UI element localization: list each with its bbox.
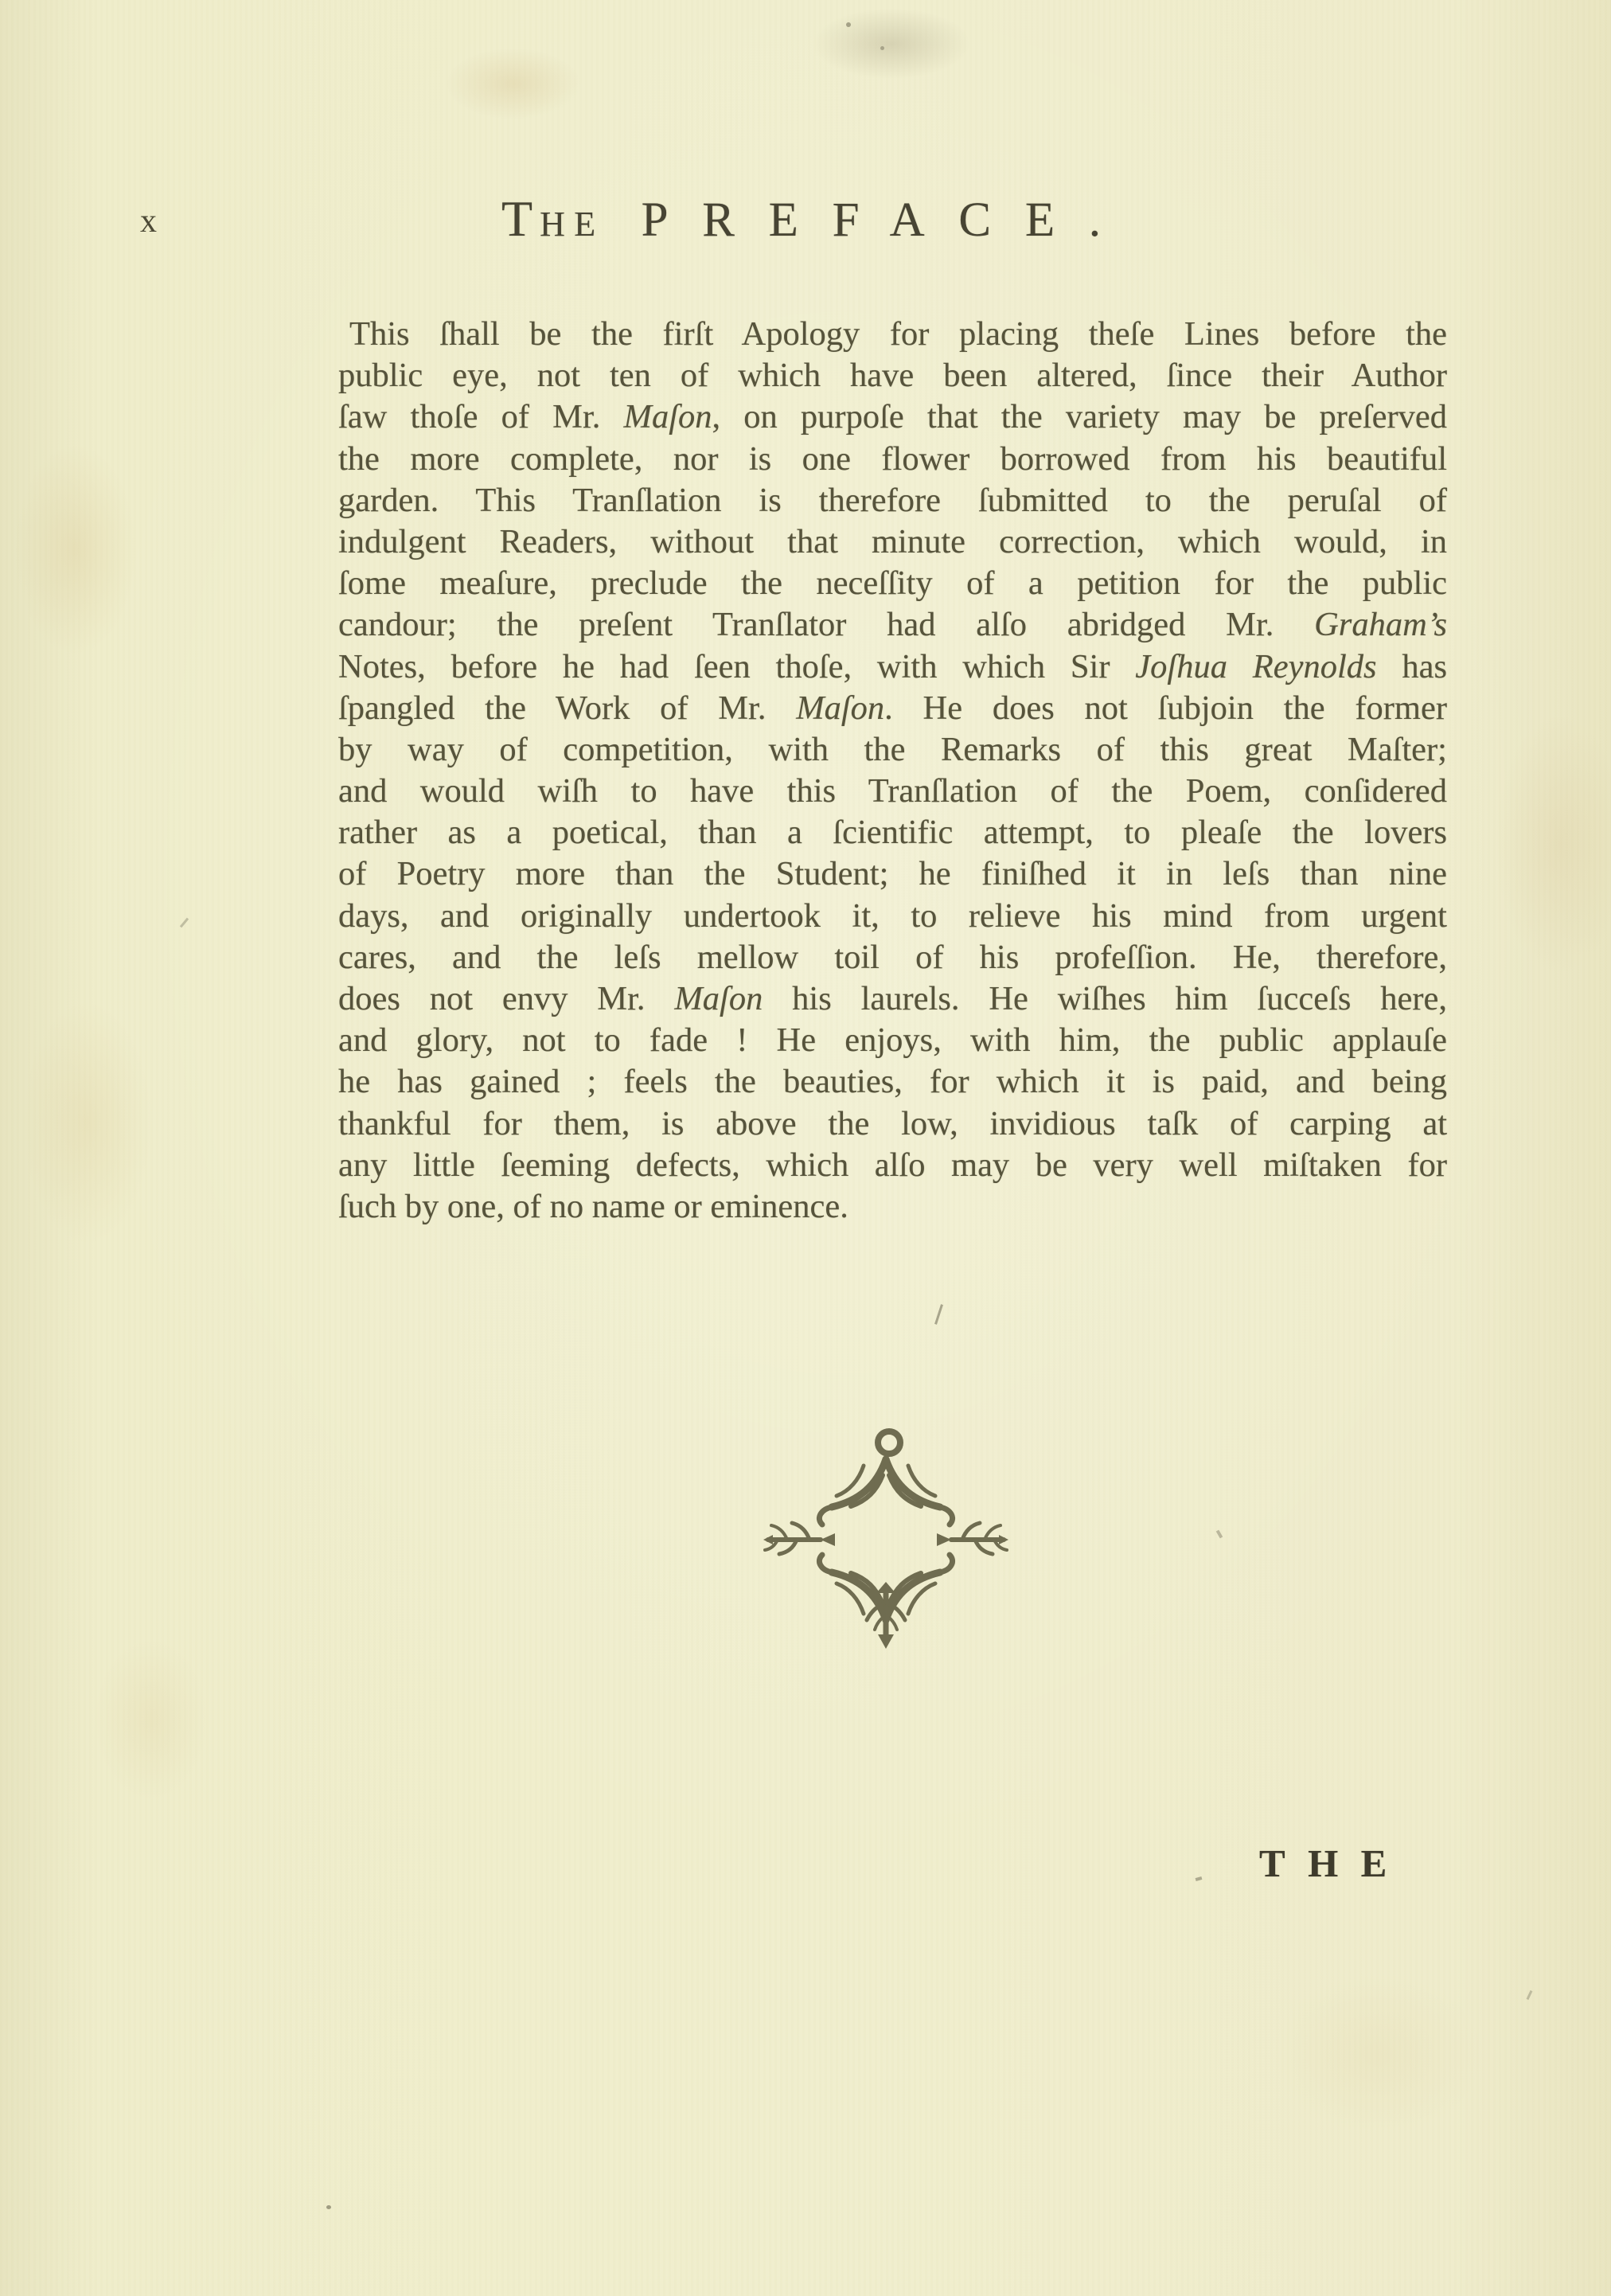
paragraph-line: by way of competition, with the Remarks …: [338, 729, 1447, 771]
text: public eye, not ten of which have been a…: [338, 357, 1447, 394]
fleuron-ornament-icon: [755, 1425, 1017, 1656]
paragraph-line: does not envy Mr. Maſon his laurels. He …: [338, 978, 1447, 1020]
text: by way of competition, with the Remarks …: [338, 731, 1447, 768]
italic-text: Maſon: [624, 398, 712, 435]
stain: [1496, 717, 1611, 971]
text: days, and originally undertook it, to re…: [338, 897, 1447, 935]
text: This ſhall be the firſt Apology for plac…: [349, 315, 1447, 353]
stain: [446, 48, 581, 119]
page-title: THEPREFACE.: [501, 189, 1135, 248]
paragraph-line: and would wiſh to have this Tranſlation …: [338, 771, 1447, 812]
text: any little ſeeming defects, which alſo m…: [338, 1146, 1447, 1184]
italic-text: Graham’s: [1314, 606, 1447, 643]
paragraph-line: any little ſeeming defects, which alſo m…: [338, 1145, 1447, 1186]
paragraph-line: rather as a poetical, than a ſcientific …: [338, 812, 1447, 853]
paragraph-line: Notes, before he had ſeen thoſe, with wh…: [338, 646, 1447, 688]
speck: [1216, 1530, 1223, 1539]
stain: [96, 1640, 207, 1799]
paragraph-line: ſuch by one, of no name or eminence.: [338, 1186, 1447, 1228]
speck: [1527, 1990, 1533, 2000]
text: ſpangled the Work of Mr.: [338, 689, 796, 727]
preface-paragraph: This ſhall be the firſt Apology for plac…: [338, 314, 1447, 1228]
book-page: x THEPREFACE. This ſhall be the firſt Ap…: [0, 0, 1611, 2296]
speck: [1196, 1876, 1203, 1881]
title-the-initial: T: [501, 190, 540, 247]
text: . He does not ſubjoin the former: [884, 689, 1447, 727]
title-preface: PREFACE.: [642, 193, 1135, 247]
paragraph-line: garden. This Tranſlation is therefore ſu…: [338, 480, 1447, 521]
italic-text: Maſon: [796, 689, 884, 727]
speck: [326, 2205, 331, 2209]
text: candour; the preſent Tranſlator had alſo…: [338, 606, 1314, 643]
stain: [1274, 1974, 1480, 2134]
text: ſaw thoſe of Mr.: [338, 398, 624, 435]
text: does not envy Mr.: [338, 980, 674, 1017]
text: indulgent Readers, without that minute c…: [338, 523, 1447, 560]
paragraph-line: he has gained ; feels the beauties, for …: [338, 1061, 1447, 1103]
page-number: x: [140, 202, 158, 240]
text: ſuch by one, of no name or eminence.: [338, 1188, 848, 1225]
text: thankful for them, is above the low, inv…: [338, 1105, 1447, 1142]
paragraph-line: indulgent Readers, without that minute c…: [338, 521, 1447, 563]
stain: [24, 1003, 151, 1242]
catchword: THE: [1259, 1841, 1410, 1886]
paragraph-line: This ſhall be the firſt Apology for plac…: [338, 314, 1447, 355]
text: his laurels. He wiſhes him ſucceſs here,: [763, 980, 1447, 1017]
paragraph-line: thankful for them, is above the low, inv…: [338, 1103, 1447, 1145]
title-the-rest: HE: [540, 205, 605, 244]
paragraph-line: ſpangled the Work of Mr. Maſon. He does …: [338, 688, 1447, 729]
speck: [934, 1304, 943, 1325]
paragraph-line: ſaw thoſe of Mr. Maſon, on purpoſe that …: [338, 396, 1447, 438]
text: cares, and the leſs mellow toil of his p…: [338, 939, 1447, 976]
text: of Poetry more than the Student; he fini…: [338, 855, 1447, 892]
text: has: [1377, 648, 1447, 685]
paragraph-line: the more complete, nor is one flower bor…: [338, 439, 1447, 480]
italic-text: Joſhua Reynolds: [1135, 648, 1376, 685]
text: rather as a poetical, than a ſcientific …: [338, 814, 1447, 851]
speck: [880, 46, 884, 50]
text: and glory, not to fade ! He enjoys, with…: [338, 1021, 1447, 1059]
paragraph-line: days, and originally undertook it, to re…: [338, 896, 1447, 937]
speck: [180, 918, 189, 928]
text: garden. This Tranſlation is therefore ſu…: [338, 482, 1447, 519]
text: , on purpoſe that the variety may be pre…: [712, 398, 1447, 435]
paragraph-line: candour; the preſent Tranſlator had alſo…: [338, 604, 1447, 646]
paragraph-line: of Poetry more than the Student; he fini…: [338, 853, 1447, 895]
paragraph-line: cares, and the leſs mellow toil of his p…: [338, 937, 1447, 978]
paragraph-line: ſome meaſure, preclude the neceſſity of …: [338, 563, 1447, 604]
text: Notes, before he had ſeen thoſe, with wh…: [338, 648, 1135, 685]
text: he has gained ; feels the beauties, for …: [338, 1063, 1447, 1100]
italic-text: Maſon: [674, 980, 763, 1017]
text: the more complete, nor is one flower bor…: [338, 440, 1447, 478]
running-head: x THEPREFACE.: [0, 189, 1611, 261]
stain: [16, 446, 135, 653]
text: and would wiſh to have this Tranſlation …: [338, 772, 1447, 810]
speck: [846, 22, 851, 27]
paragraph-line: public eye, not ten of which have been a…: [338, 355, 1447, 396]
paragraph-line: and glory, not to fade ! He enjoys, with…: [338, 1020, 1447, 1061]
stain: [812, 8, 971, 80]
text: ſome meaſure, preclude the neceſſity of …: [338, 564, 1447, 602]
